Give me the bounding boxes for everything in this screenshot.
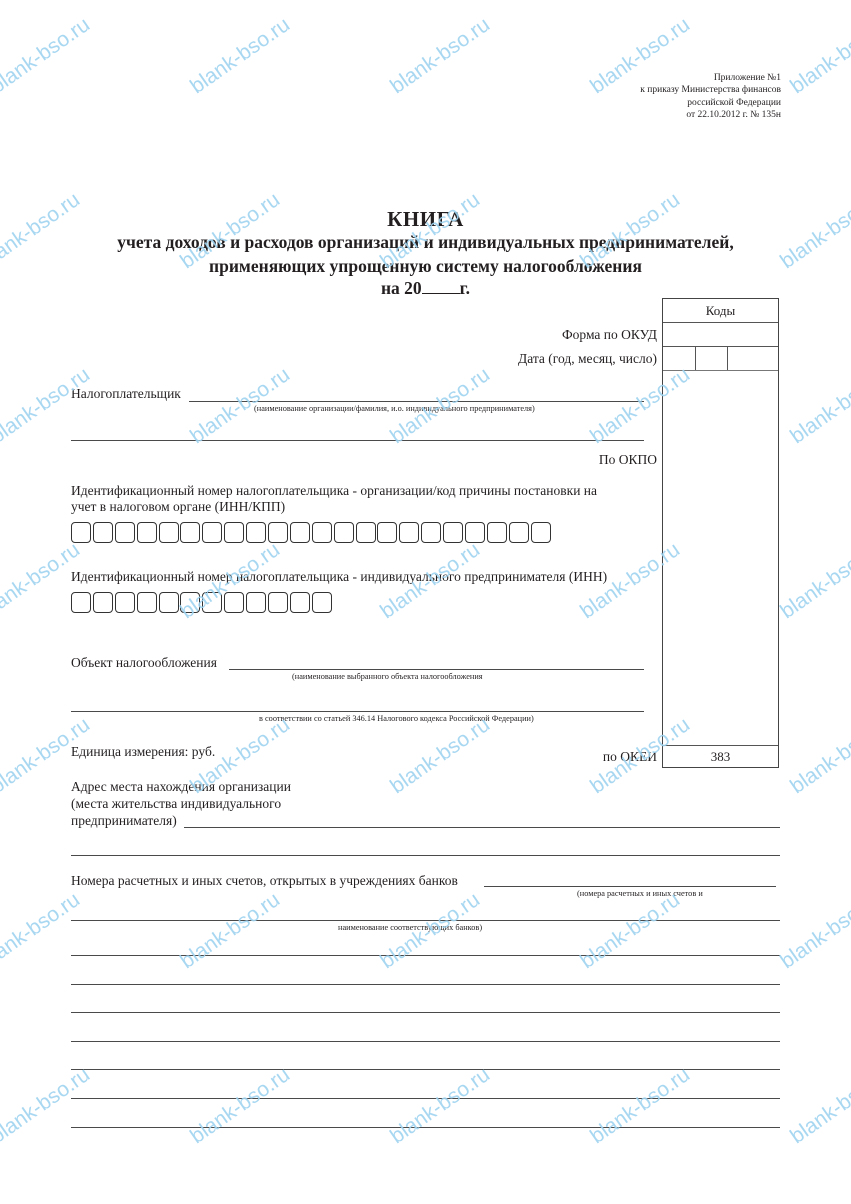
inn-ip-digit-box[interactable] [180,592,200,613]
date-day-cell[interactable] [727,347,779,370]
inn-kpp-digit-box[interactable] [224,522,244,543]
inn-ip-label: Идентификационный номер налогоплательщик… [71,569,607,585]
inn-kpp-digit-box[interactable] [180,522,200,543]
watermark-text: blank-bso.ru [0,363,95,449]
inn-kpp-digit-box[interactable] [159,522,179,543]
accounts-hint-2: наименование соответствующих банков) [338,923,482,932]
tax-object-input-line[interactable] [229,669,644,670]
taxpayer-input-line-2[interactable] [71,440,644,441]
date-code-row [663,347,778,371]
tax-object-hint-1: (наименование выбранного объекта налогоо… [292,672,483,681]
accounts-input-line-2[interactable] [71,920,780,921]
watermark-text: blank-bso.ru [186,13,294,99]
codes-header: Коды [663,303,778,319]
inn-ip-digit-box[interactable] [290,592,310,613]
codes-table: Коды 383 [662,298,779,768]
accounts-blank-line[interactable] [71,955,780,956]
document-title: КНИГА [0,207,851,232]
inn-kpp-digit-box[interactable] [399,522,419,543]
accounts-blank-line[interactable] [71,1069,780,1070]
inn-kpp-digit-box[interactable] [356,522,376,543]
okei-code-cell: 383 [663,746,778,767]
accounts-hint-1: (номера расчетных и иных счетов и [577,889,703,898]
inn-kpp-digit-box[interactable] [531,522,551,543]
accounts-blank-line[interactable] [71,1127,780,1128]
inn-ip-digit-box[interactable] [202,592,222,613]
inn-kpp-digit-box[interactable] [443,522,463,543]
watermark-text: blank-bso.ru [786,13,851,99]
watermark-text: blank-bso.ru [0,888,85,974]
address-input-line-2[interactable] [71,855,780,856]
accounts-input-line[interactable] [484,886,776,887]
inn-kpp-digit-box[interactable] [93,522,113,543]
taxpayer-label: Налогоплательщик [71,386,181,402]
inn-kpp-digit-box[interactable] [487,522,507,543]
okei-label: по ОКЕИ [603,749,657,765]
inn-ip-digit-box[interactable] [71,592,91,613]
inn-kpp-digit-box[interactable] [334,522,354,543]
accounts-blank-line[interactable] [71,984,780,985]
appendix-line: к приказу Министерства финансов [640,84,781,96]
tax-object-hint-2: в соответствии со статьей 346.14 Налогов… [259,714,534,723]
inn-ip-digit-box[interactable] [268,592,288,613]
address-label-2: (места жительства индивидуального [71,796,281,812]
inn-kpp-label-1: Идентификационный номер налогоплательщик… [71,483,597,499]
watermark-text: blank-bso.ru [386,1063,494,1149]
watermark-text: blank-bso.ru [786,713,851,799]
inn-kpp-digit-box[interactable] [421,522,441,543]
appendix-reference: Приложение №1 к приказу Министерства фин… [640,72,781,121]
address-label-3: предпринимателя) [71,813,177,829]
taxpayer-input-line[interactable] [189,401,644,402]
unit-label: Единица измерения: руб. [71,744,215,760]
okpo-label: По ОКПО [599,452,657,468]
address-label-1: Адрес места нахождения организации [71,779,291,795]
watermark-text: blank-bso.ru [0,1063,95,1149]
okei-code-value: 383 [663,749,778,765]
inn-ip-digit-box[interactable] [312,592,332,613]
watermark-text: blank-bso.ru [776,538,851,624]
watermark-text: blank-bso.ru [186,1063,294,1149]
accounts-blank-line[interactable] [71,1012,780,1013]
inn-kpp-digit-box[interactable] [377,522,397,543]
tax-object-label: Объект налогообложения [71,655,217,671]
taxpayer-hint: (наименование организации/фамилия, и.о. … [254,404,535,413]
inn-ip-digit-box[interactable] [159,592,179,613]
codes-header-row: Коды [663,299,778,323]
watermark-text: blank-bso.ru [586,1063,694,1149]
watermark-text: blank-bso.ru [386,713,494,799]
inn-kpp-digit-box[interactable] [115,522,135,543]
appendix-line: российской Федерации [640,97,781,109]
inn-ip-boxes [71,592,334,613]
accounts-label: Номера расчетных и иных счетов, открытых… [71,873,458,889]
inn-kpp-digit-box[interactable] [268,522,288,543]
appendix-line: Приложение №1 [640,72,781,84]
watermark-text: blank-bso.ru [776,888,851,974]
okud-code-cell[interactable] [663,323,778,347]
inn-kpp-digit-box[interactable] [246,522,266,543]
inn-ip-digit-box[interactable] [115,592,135,613]
inn-kpp-digit-box[interactable] [290,522,310,543]
watermark-text: blank-bso.ru [176,888,284,974]
inn-kpp-digit-box[interactable] [202,522,222,543]
date-month-cell[interactable] [695,347,728,370]
inn-kpp-digit-box[interactable] [312,522,332,543]
year-prefix: на 20 [381,278,422,298]
okpo-code-cell[interactable] [663,371,778,746]
document-year: на 20г. [0,278,851,299]
date-year-cell[interactable] [663,347,695,370]
watermark-text: blank-bso.ru [576,888,684,974]
inn-ip-digit-box[interactable] [224,592,244,613]
year-suffix: г. [460,278,470,298]
okud-label: Форма по ОКУД [562,327,657,343]
inn-kpp-digit-box[interactable] [71,522,91,543]
accounts-blank-line[interactable] [71,1041,780,1042]
inn-kpp-digit-box[interactable] [137,522,157,543]
tax-object-input-line-2[interactable] [71,711,644,712]
year-input[interactable] [422,279,460,294]
document-subtitle-line-1: учета доходов и расходов организаций и и… [0,232,851,253]
watermark-text: blank-bso.ru [786,1063,851,1149]
appendix-line: от 22.10.2012 г. № 135н [640,109,781,121]
watermark-text: blank-bso.ru [786,363,851,449]
inn-ip-digit-box[interactable] [93,592,113,613]
inn-ip-digit-box[interactable] [246,592,266,613]
document-subtitle-line-2: применяющих упрощенную систему налогообл… [0,256,851,277]
inn-kpp-label-2: учет в налоговом органе (ИНН/КПП) [71,499,285,515]
inn-kpp-digit-box[interactable] [465,522,485,543]
inn-kpp-digit-box[interactable] [509,522,529,543]
watermark-text: blank-bso.ru [0,13,95,99]
date-label: Дата (год, месяц, число) [518,351,657,367]
watermark-text: blank-bso.ru [386,13,494,99]
address-input-line[interactable] [184,827,780,828]
inn-kpp-boxes [71,522,553,543]
inn-ip-digit-box[interactable] [137,592,157,613]
accounts-blank-line[interactable] [71,1098,780,1099]
